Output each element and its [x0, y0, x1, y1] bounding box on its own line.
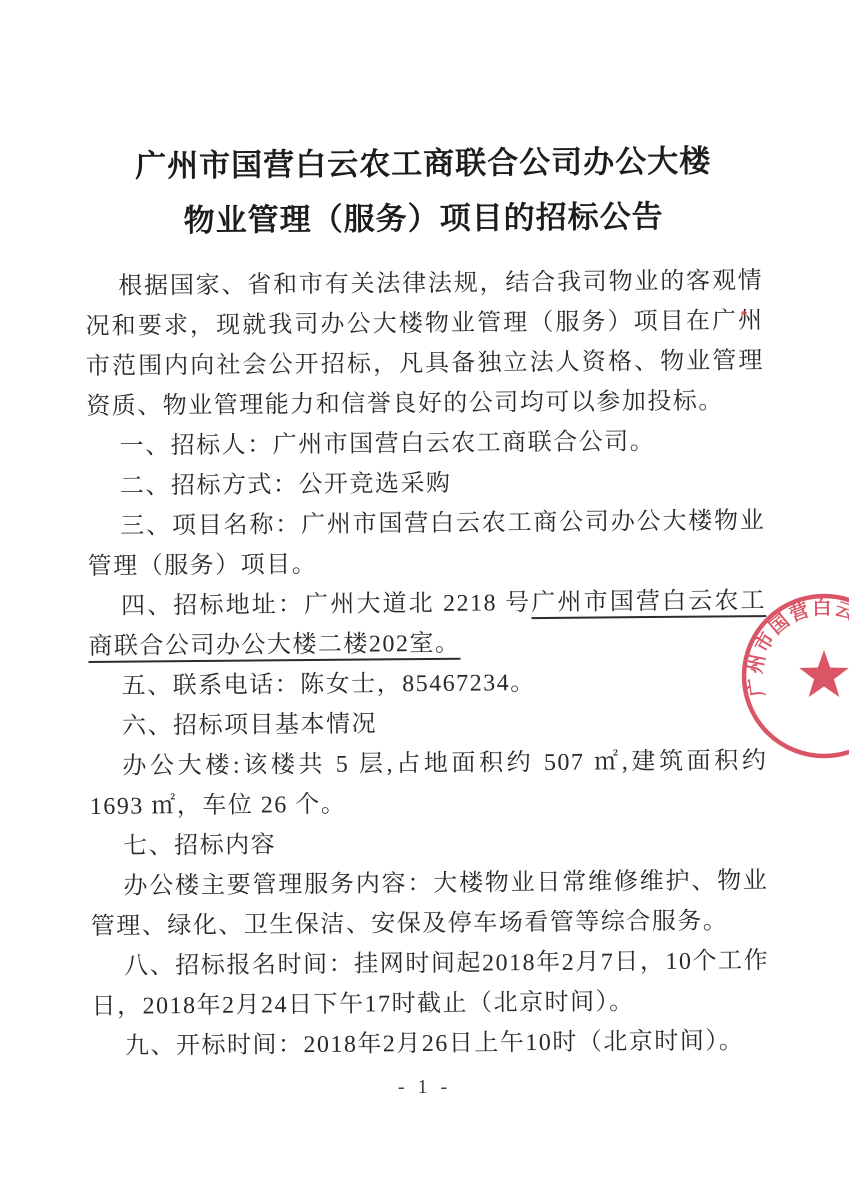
item-8-registration-time: 八、招标报名时间：挂网时间起2018年2月7日，10个工作日，2018年2月24… [91, 941, 770, 1027]
item-5-contact: 五、联系电话：陈女士，85467234。 [89, 661, 767, 707]
page-number: - 1 - [0, 1076, 849, 1099]
document-page: 广州市国营白云农工商联合公司办公大楼 物业管理（服务）项目的招标公告 根据国家、… [0, 0, 849, 1200]
company-seal-icon: 广州市国营白云农工商联合公司 [714, 566, 849, 786]
item-2-method: 二、招标方式：公开竞选采购 [87, 461, 765, 507]
document-content: 广州市国营白云农工商联合公司办公大楼 物业管理（服务）项目的招标公告 根据国家、… [84, 133, 770, 1067]
scan-artifact [741, 311, 747, 315]
service-content: 办公楼主要管理服务内容：大楼物业日常维修维护、物业管理、绿化、卫生保洁、安保及停… [90, 861, 769, 947]
title-line-2: 物业管理（服务）项目的招标公告 [84, 188, 762, 249]
document-title: 广州市国营白云农工商联合公司办公大楼 物业管理（服务）项目的招标公告 [84, 133, 763, 249]
title-line-1: 广州市国营白云农工商联合公司办公大楼 [84, 133, 762, 194]
item-1-tenderer: 一、招标人：广州市国营白云农工商联合公司。 [86, 421, 764, 467]
seal-star-icon [799, 650, 848, 697]
building-info: 办公大楼:该楼共 5 层,占地面积约 507 ㎡,建筑面积约 1693 ㎡，车位… [89, 741, 768, 827]
intro-paragraph: 根据国家、省和市有关法律法规，结合我司物业的客观情况和要求，现就我司办公大楼物业… [85, 261, 764, 427]
item-3-project-name: 三、项目名称：广州市国营白云农工商公司办公大楼物业管理（服务）项目。 [87, 501, 766, 587]
item-4-address: 四、招标地址：广州大道北 2218 号广州市国营白云农工商联合公司办公大楼二楼2… [88, 581, 767, 667]
item-4-address-prefix: 四、招标地址：广州大道北 2218 号 [121, 590, 532, 620]
item-6-basic-info-heading: 六、招标项目基本情况 [89, 701, 767, 747]
item-9-opening-time: 九、开标时间：2018年2月26日上午10时（北京时间）。 [92, 1021, 770, 1067]
item-7-content-heading: 七、招标内容 [90, 821, 768, 867]
